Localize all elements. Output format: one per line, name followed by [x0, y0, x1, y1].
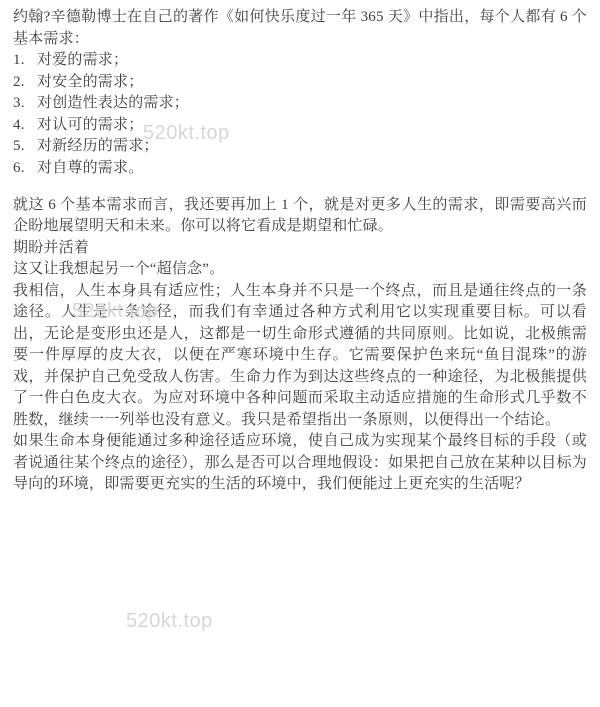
watermark: 520kt.top	[126, 611, 213, 631]
need-item-number: 4.	[13, 115, 26, 137]
need-item-4: 4.对认可的需求；	[13, 115, 587, 137]
need-item-text: 对新经历的需求；	[37, 138, 159, 154]
need-item-text: 对认可的需求；	[37, 117, 143, 133]
need-item-1: 1.对爱的需求；	[13, 50, 587, 72]
need-item-text: 对安全的需求；	[37, 74, 143, 90]
need-item-number: 2.	[13, 72, 26, 94]
subheading: 期盼并活着	[13, 238, 587, 260]
need-item-5: 5.对新经历的需求；	[13, 136, 587, 158]
need-item-3: 3.对创造性表达的需求；	[13, 93, 587, 115]
need-item-text: 对自尊的需求。	[37, 160, 143, 176]
intro-paragraph: 约翰?辛德勒博士在自己的著作《如何快乐度过一年 365 天》中指出，每个人都有 …	[13, 7, 587, 50]
summary-paragraph: 就这 6 个基本需求而言，我还要再加上 1 个，就是对更多人生的需求，即需要高兴…	[13, 195, 587, 238]
need-item-number: 1.	[13, 50, 26, 72]
need-item-number: 3.	[13, 93, 26, 115]
need-item-6: 6.对自尊的需求。	[13, 158, 587, 180]
need-item-number: 5.	[13, 136, 26, 158]
document-page: 520kt.top 520kt.top 520kt.top 约翰?辛德勒博士在自…	[0, 0, 600, 707]
need-item-number: 6.	[13, 158, 26, 180]
need-item-2: 2.对安全的需求；	[13, 72, 587, 94]
belief-paragraph: 我相信，人生本身具有适应性；人生本身并不只是一个终点，而且是通往终点的一条途径。…	[13, 281, 587, 432]
question-paragraph: 如果生命本身便能通过多种途径适应环境，使自己成为实现某个最终目标的手段（或者说通…	[13, 431, 587, 496]
document-body: 约翰?辛德勒博士在自己的著作《如何快乐度过一年 365 天》中指出，每个人都有 …	[0, 0, 600, 496]
need-item-text: 对创造性表达的需求；	[37, 95, 189, 111]
transition-paragraph: 这又让我想起另一个“超信念”。	[13, 259, 587, 281]
need-item-text: 对爱的需求；	[37, 52, 128, 68]
